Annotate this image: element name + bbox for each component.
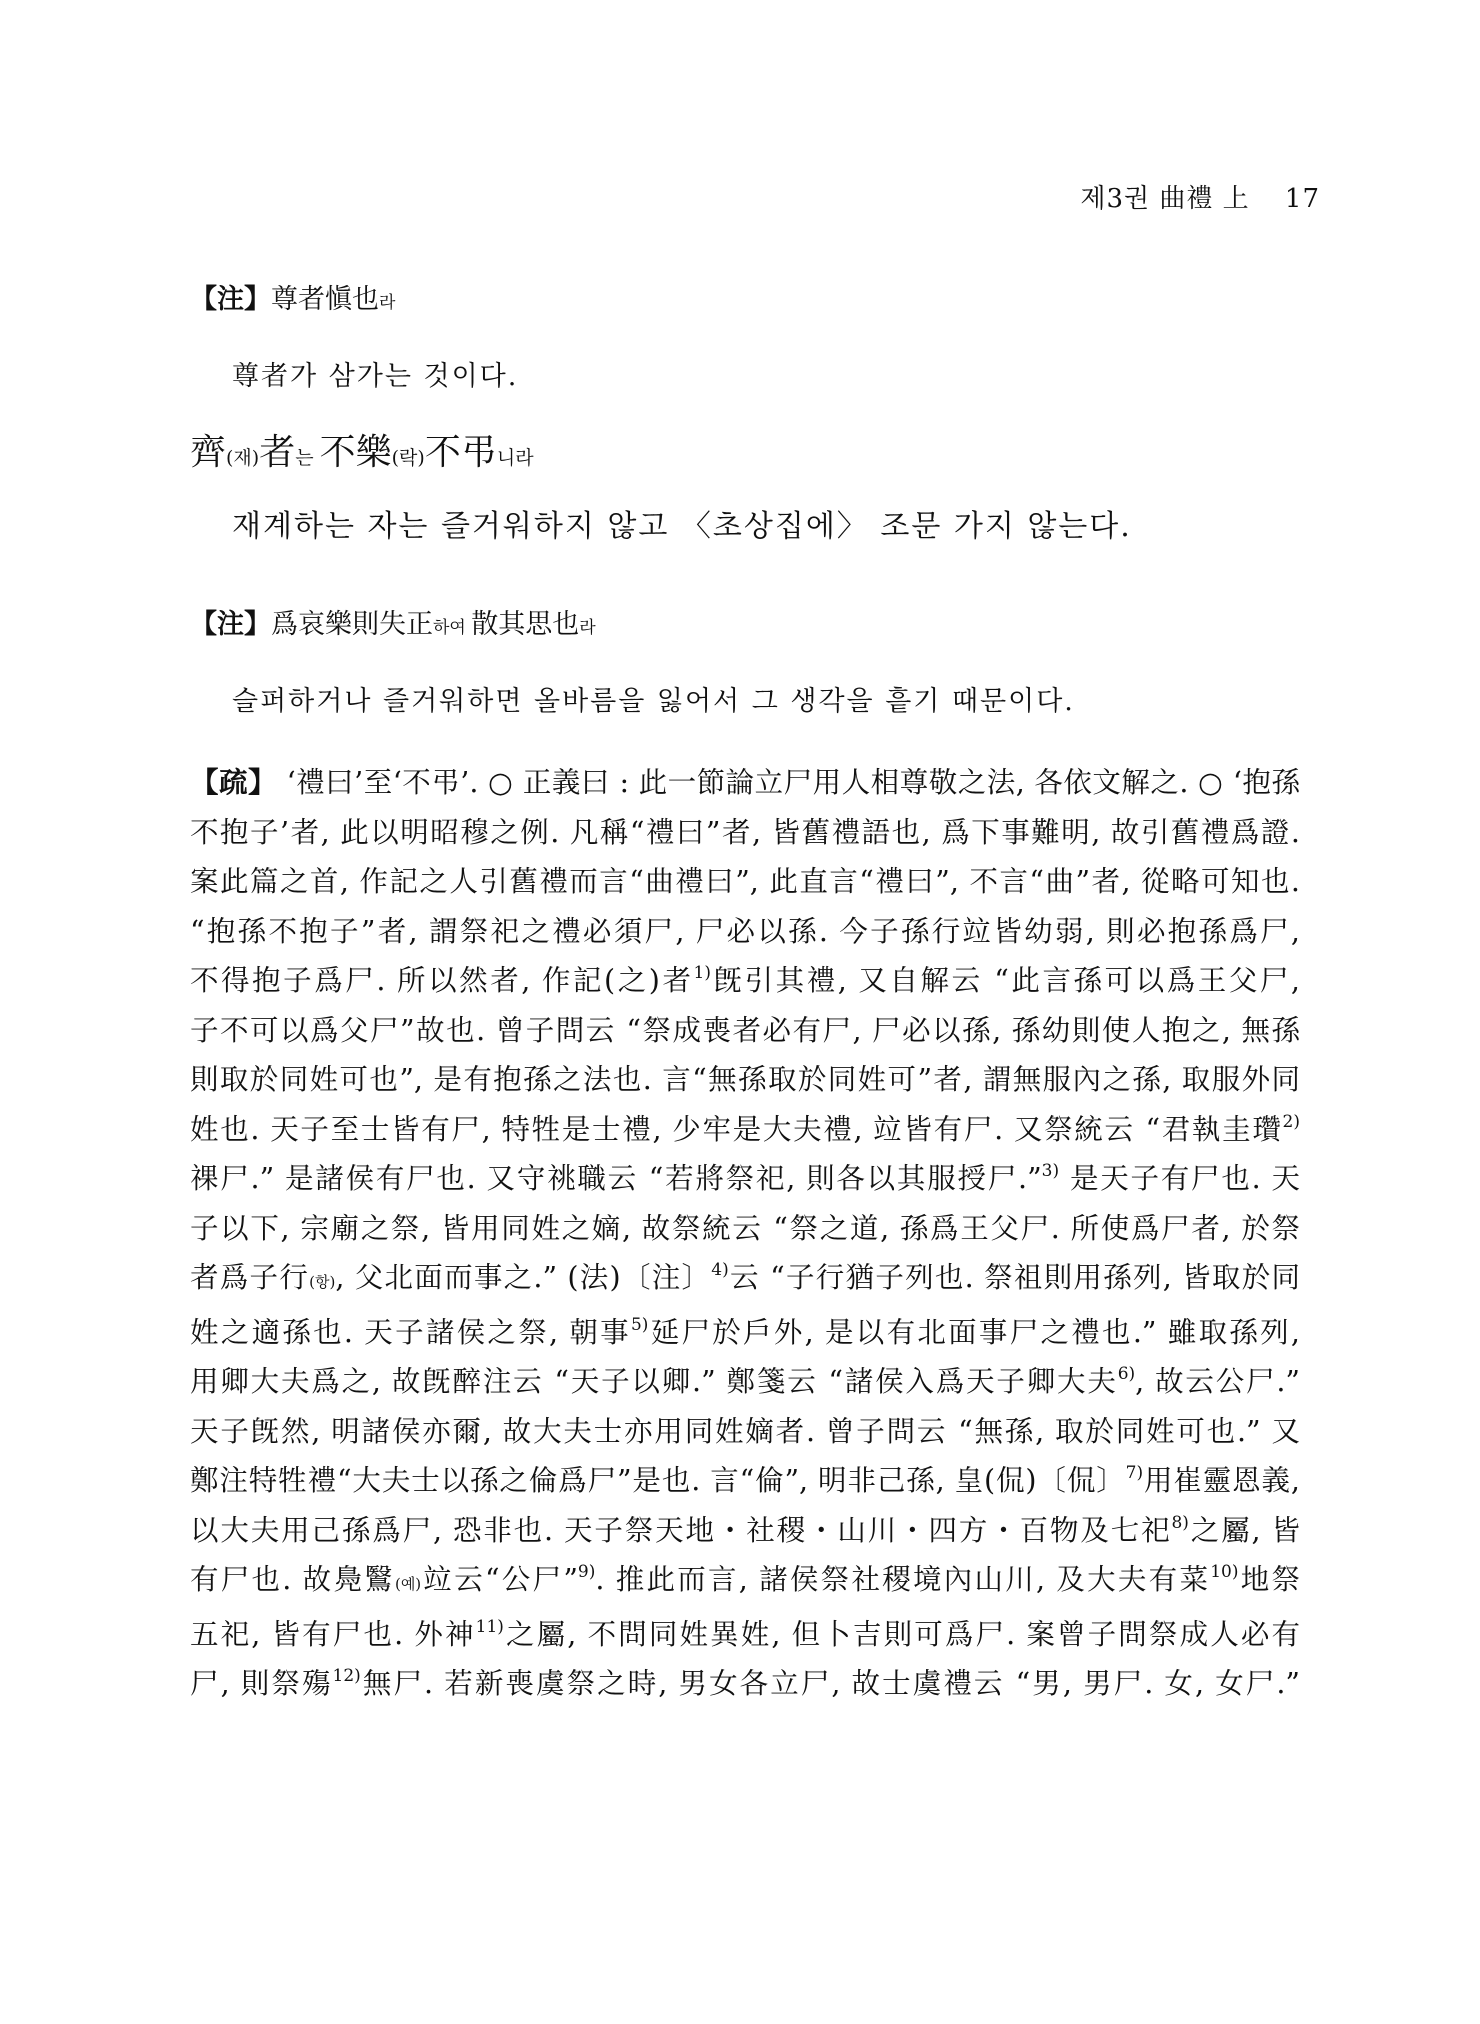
commentary-text: 竝云“公尸” [421,1563,578,1596]
commentary-text: , 父北面而事之.” (法)〔注〕 [335,1261,711,1294]
classical-text: 不弔 [425,432,497,473]
note-suffix: 라 [579,618,595,638]
commentary-text: 無尸. 若新喪虞祭之時, 男女各立尸, 故士虞禮云 “男, 男尸. 女, 女尸.… [361,1667,1300,1700]
footnote-marker[interactable]: 5) [631,1315,648,1335]
commentary-text: 用崔靈恩義, [1143,1464,1300,1497]
commentary-line: “抱孫不抱子”者, 謂祭祀之禮必須尸, 尸必以孫. 今子孫行竝皆幼弱, 則必抱孫… [190,907,1300,957]
commentary-text: 姓也. 天子至士皆有尸, 特牲是士禮, 少牢是大夫禮, 竝皆有尸. 又祭統云 “… [190,1113,1283,1146]
chapter-title: 曲禮 上 [1159,184,1249,214]
footnote-marker[interactable]: 3) [1042,1161,1059,1181]
footnote-marker[interactable]: 4) [711,1260,728,1280]
commentary-text: 則取於同姓可也”, 是有抱孫之法也. 言“無孫取於同姓可”者, 謂無服內之孫, … [190,1063,1300,1096]
footnote-marker[interactable]: 9) [578,1562,595,1582]
commentary-text: 地祭 [1238,1563,1300,1596]
classical-text: 者 [259,432,295,473]
commentary-line: 案此篇之首, 作記之人引舊禮而言“曲禮曰”, 此直言“禮曰”, 不言“曲”者, … [190,857,1300,907]
commentary-line: 尸, 則祭殤12)無尸. 若新喪虞祭之時, 男女各立尸, 故士虞禮云 “男, 男… [190,1659,1300,1709]
note-block-2: 【注】爲哀樂則失正하여 散其思也라 슬퍼하거나 즐거워하면 올바름을 잃어서 그… [190,605,1300,722]
commentary-text: 子不可以爲父尸”故也. 曾子問云 “祭成喪者必有尸, 尸必以孫, 孫幼則使人抱之… [190,1014,1300,1047]
commentary-text: 旣引其禮, 又自解云 “此言孫可以爲王父尸, [711,964,1300,997]
commentary-text: 不得抱子爲尸. 所以然者, 作記(之)者 [190,964,694,997]
commentary-text: 之屬, 不問同姓異姓, 但卜吉則可爲尸. 案曾子問祭成人必有 [504,1618,1300,1651]
main-original-text: 齊(재)者는 不樂(락)不弔니라 [190,428,1300,483]
commentary-line: 祼尸.” 是諸侯有尸也. 又守祧職云 “若將祭祀, 則各以其服授尸.”3) 是天… [190,1154,1300,1204]
note-original: 【注】尊者愼也라 [190,280,1300,323]
footnote-marker[interactable]: 7) [1126,1463,1143,1483]
commentary-text: 姓之適孫也. 天子諸侯之祭, 朝事 [190,1316,631,1349]
main-translation: 재계하는 자는 즐거워하지 않고 〈초상집에〉 조문 가지 않는다. [190,505,1300,549]
commentary-text: 云 “子行猶子列也. 祭祖則用孫列, 皆取於同 [729,1261,1300,1294]
footnote-marker[interactable]: 10) [1210,1562,1238,1582]
commentary-text: 子以下, 宗廟之祭, 皆用同姓之嫡, 故祭統云 “祭之道, 孫爲王父尸. 所使爲… [190,1212,1300,1245]
commentary-line: 有尸也. 故鳧鷖(예)竝云“公尸”9). 推此而言, 諸侯祭社稷境內山川, 及大… [190,1555,1300,1610]
commentary-text: ‘禮曰’至‘不弔’. ○ 正義曰 : 此一節論立尸用人相尊敬之法, 各依文解之.… [277,766,1300,799]
main-text-block: 齊(재)者는 不樂(락)不弔니라 재계하는 자는 즐거워하지 않고 〈초상집에〉… [190,428,1300,549]
commentary-text: 以大夫用己孫爲尸, 恐非也. 天子祭天地・社稷・山川・四方・百物及七祀 [190,1514,1171,1547]
commentary-line: 不得抱子爲尸. 所以然者, 作記(之)者1)旣引其禮, 又自解云 “此言孫可以爲… [190,956,1300,1006]
note-suffix: 라 [379,293,395,313]
footnote-marker[interactable]: 12) [333,1666,361,1686]
commentary-line: 姓之適孫也. 天子諸侯之祭, 朝事5)延尸於戶外, 是以有北面事尸之禮也.” 雖… [190,1308,1300,1358]
commentary-text: 有尸也. 故鳧鷖 [190,1563,395,1596]
commentary-line: 天子旣然, 明諸侯亦爾, 故大夫士亦用同姓嫡者. 曾子問云 “無孫, 取於同姓可… [190,1407,1300,1457]
note-translation: 尊者가 삼가는 것이다. [190,357,1300,397]
commentary-line: 【疏】 ‘禮曰’至‘不弔’. ○ 正義曰 : 此一節論立尸用人相尊敬之法, 各依… [190,758,1300,808]
commentary-line: 五祀, 皆有尸也. 外神11)之屬, 不問同姓異姓, 但卜吉則可爲尸. 案曾子問… [190,1610,1300,1660]
commentary-text: 是天子有尸也. 天 [1059,1162,1300,1195]
commentary-line: 則取於同姓可也”, 是有抱孫之法也. 言“無孫取於同姓可”者, 謂無服內之孫, … [190,1055,1300,1105]
volume-label: 제3권 [1080,184,1150,214]
reading-gloss: (락) [392,447,425,469]
commentary-text: 之屬, 皆 [1189,1514,1300,1547]
commentary-text: 五祀, 皆有尸也. 外神 [190,1618,476,1651]
footnote-marker[interactable]: 1) [694,963,711,983]
commentary-line: 用卿大夫爲之, 故旣醉注云 “天子以卿.” 鄭箋云 “諸侯入爲天子卿大夫6), … [190,1357,1300,1407]
reading-gloss: (예) [395,1575,421,1593]
page-number: 17 [1285,184,1320,214]
commentary-line: 者爲子行(항), 父北面而事之.” (法)〔注〕4)云 “子行猶子列也. 祭祖則… [190,1253,1300,1308]
commentary-text: 天子旣然, 明諸侯亦爾, 故大夫士亦用同姓嫡者. 曾子問云 “無孫, 取於同姓可… [190,1415,1300,1448]
reading-gloss: (항) [309,1273,335,1291]
commentary-line: 子不可以爲父尸”故也. 曾子問云 “祭成喪者必有尸, 尸必以孫, 孫幼則使人抱之… [190,1006,1300,1056]
note-original: 【注】爲哀樂則失正하여 散其思也라 [190,605,1300,648]
commentary-line: 以大夫用己孫爲尸, 恐非也. 天子祭天地・社稷・山川・四方・百物及七祀8)之屬,… [190,1506,1300,1556]
commentary-text: 延尸於戶外, 是以有北面事尸之禮也.” 雖取孫列, [648,1316,1300,1349]
document-page: 제3권 曲禮 上 17 【注】尊者愼也라 尊者가 삼가는 것이다. 齊(재)者는… [0,0,1480,2024]
commentary-line: 姓也. 天子至士皆有尸, 特牲是士禮, 少牢是大夫禮, 竝皆有尸. 又祭統云 “… [190,1105,1300,1155]
commentary-text: 用卿大夫爲之, 故旣醉注云 “天子以卿.” 鄭箋云 “諸侯入爲天子卿大夫 [190,1365,1118,1398]
footnote-marker[interactable]: 2) [1283,1112,1300,1132]
note-translation: 슬퍼하거나 즐거워하면 올바름을 잃어서 그 생각을 흩기 때문이다. [190,682,1300,722]
note-label: 【注】 [190,609,271,640]
note-label: 【注】 [190,284,271,315]
commentary-text: 鄭注特牲禮“大夫士以孫之倫爲尸”是也. 言“倫”, 明非己孫, 皇(侃)〔侃〕 [190,1464,1126,1497]
note-mid: 하여 [433,618,471,638]
commentary-text: 祼尸.” 是諸侯有尸也. 又守祧職云 “若將祭祀, 則各以其服授尸.” [190,1162,1042,1195]
commentary-text: 案此篇之首, 作記之人引舊禮而言“曲禮曰”, 此直言“禮曰”, 不言“曲”者, … [190,865,1300,898]
classical-text: 齊 [190,432,226,473]
note-text-b: 散其思也 [471,609,579,640]
classical-text: 不樂 [320,432,392,473]
reading-gloss: 는 [295,447,319,469]
footnote-marker[interactable]: 8) [1171,1513,1188,1533]
commentary-line: 不抱子’者, 此以明昭穆之例. 凡稱“禮曰”者, 皆舊禮語也, 爲下事難明, 故… [190,808,1300,858]
commentary-line: 子以下, 宗廟之祭, 皆用同姓之嫡, 故祭統云 “祭之道, 孫爲王父尸. 所使爲… [190,1204,1300,1254]
commentary-block: 【疏】 ‘禮曰’至‘不弔’. ○ 正義曰 : 此一節論立尸用人相尊敬之法, 各依… [190,758,1300,1709]
footnote-marker[interactable]: 11) [476,1617,504,1637]
reading-gloss: (재) [226,447,259,469]
commentary-text: “抱孫不抱子”者, 謂祭祀之禮必須尸, 尸必以孫. 今子孫行竝皆幼弱, 則必抱孫… [190,915,1300,948]
commentary-text: 不抱子’者, 此以明昭穆之例. 凡稱“禮曰”者, 皆舊禮語也, 爲下事難明, 故… [190,816,1300,849]
commentary-label: 【疏】 [190,766,277,799]
footnote-marker[interactable]: 6) [1118,1364,1135,1384]
commentary-text: 者爲子行 [190,1261,309,1294]
commentary-text: , 故云公尸.” [1135,1365,1300,1398]
note-text: 尊者愼也 [271,284,379,315]
note-text-a: 爲哀樂則失正 [271,609,433,640]
reading-gloss: 니라 [497,447,534,469]
commentary-text: 尸, 則祭殤 [190,1667,333,1700]
commentary-text: . 推此而言, 諸侯祭社稷境內山川, 及大夫有菜 [595,1563,1210,1596]
running-header: 제3권 曲禮 上 17 [1080,178,1320,215]
note-block-1: 【注】尊者愼也라 尊者가 삼가는 것이다. [190,280,1300,397]
commentary-line: 鄭注特牲禮“大夫士以孫之倫爲尸”是也. 言“倫”, 明非己孫, 皇(侃)〔侃〕7… [190,1456,1300,1506]
